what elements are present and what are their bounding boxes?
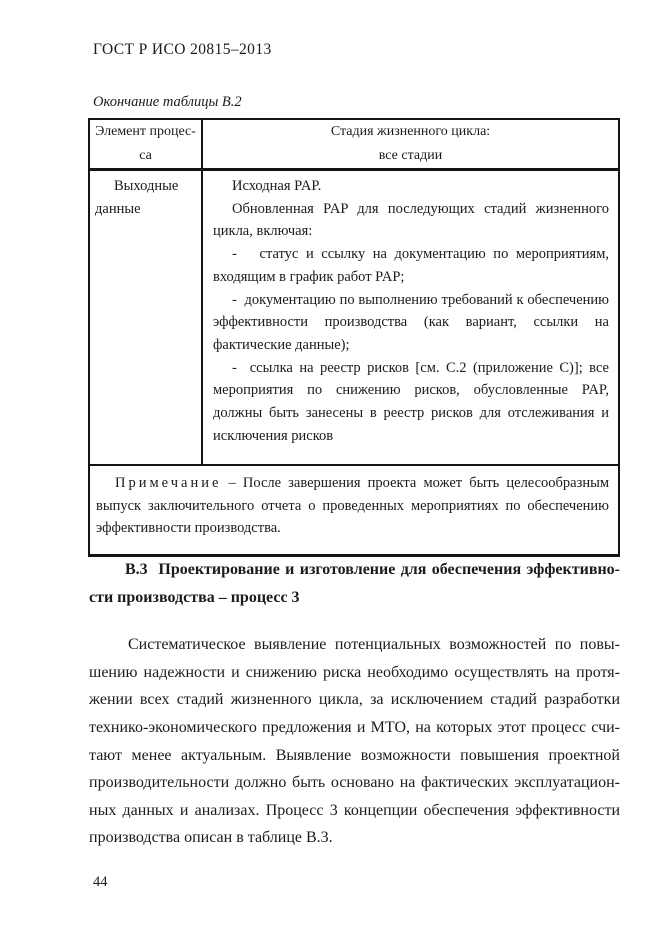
- table-header-row: Элемент процес- са Стадия жизненного цик…: [89, 119, 619, 170]
- cell-paragraph: Исходная PAP.: [213, 175, 609, 198]
- cell-paragraph: Обновленная PAP для последующих стадий ж…: [213, 198, 609, 243]
- column-header-process-element: Элемент процес- са: [89, 119, 202, 170]
- section-heading: В.3 Проектирование и изготовление для об…: [89, 556, 620, 611]
- cell-paragraph: - документацию по выполнению требований …: [213, 289, 609, 357]
- table-caption: Окончание таблицы В.2: [93, 94, 242, 111]
- cell-paragraph: - статус и ссылку на документацию по мер…: [213, 243, 609, 288]
- note-label: Примечание: [115, 475, 221, 491]
- column-header-lifecycle-stage: Стадия жизненного цикла: все стадии: [202, 119, 619, 170]
- table-b2: Элемент процес- са Стадия жизненного цик…: [88, 118, 620, 557]
- cell-paragraph: - ссылка на реестр рисков [см. C.2 (прил…: [213, 357, 609, 448]
- table-note-row: Примечание – После завершения проекта мо…: [89, 465, 619, 556]
- note-paragraph: Примечание – После завершения проекта мо…: [96, 472, 609, 540]
- section-paragraph: Систематическое выявление потенциальных …: [89, 631, 620, 852]
- column-header-line: Элемент процес-: [94, 120, 197, 144]
- cell-note: Примечание – После завершения проекта мо…: [89, 465, 619, 556]
- column-header-line: все стадии: [207, 144, 614, 168]
- table-row: Выходные данные Исходная PAP. Обновленна…: [89, 170, 619, 466]
- page-number: 44: [93, 874, 108, 891]
- document-header: ГОСТ Р ИСО 20815–2013: [93, 41, 272, 59]
- column-header-line: са: [94, 144, 197, 168]
- column-header-line: Стадия жизненного цикла:: [207, 120, 614, 144]
- document-page: ГОСТ Р ИСО 20815–2013 Окончание таблицы …: [0, 0, 661, 936]
- cell-process-element: Выходные данные: [89, 170, 202, 466]
- cell-stage-content: Исходная PAP. Обновленная PAP для послед…: [202, 170, 619, 466]
- section-b3: В.3 Проектирование и изготовление для об…: [89, 556, 620, 852]
- cell-text: Выходные данные: [95, 175, 196, 220]
